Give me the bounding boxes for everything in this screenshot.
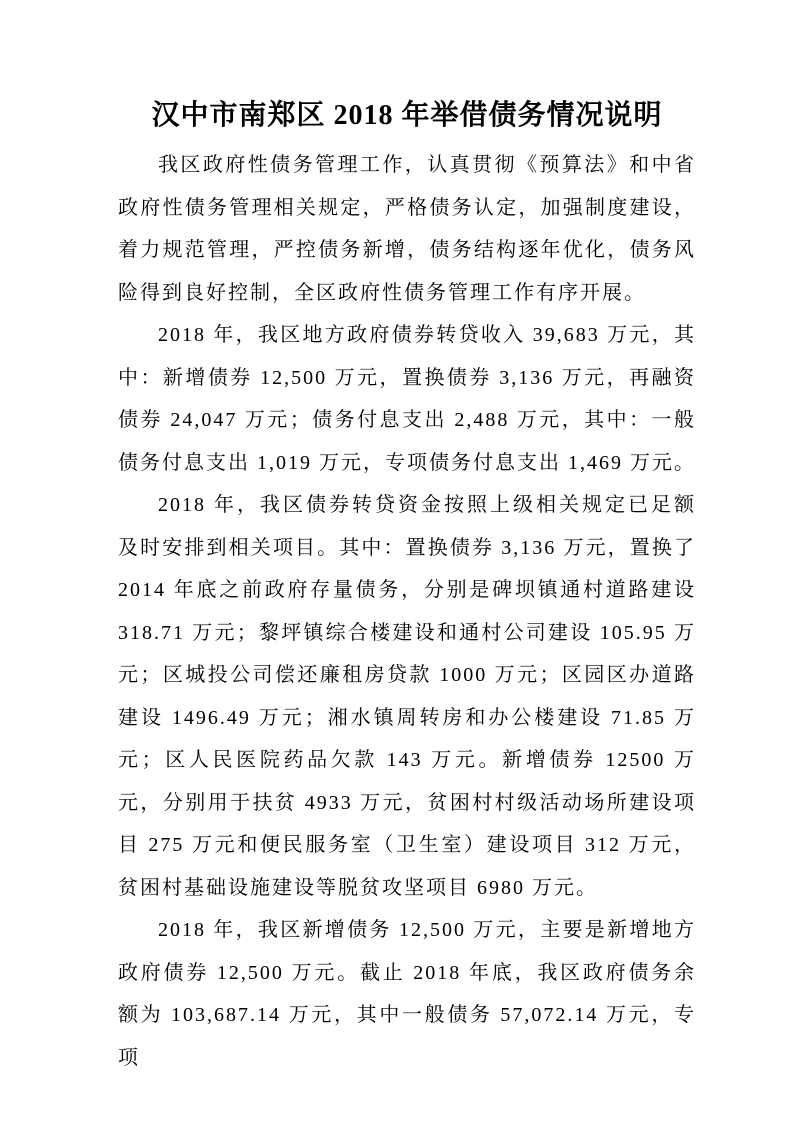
document-page: 汉中市南郑区 2018 年举借债务情况说明 我区政府性债务管理工作，认真贯彻《预… xyxy=(0,0,793,1122)
paragraph-fund-allocation: 2018 年，我区债券转贷资金按照上级相关规定已足额及时安排到相关项目。其中：置… xyxy=(118,484,696,909)
paragraph-debt-balance: 2018 年，我区新增债务 12,500 万元，主要是新增地方政府债券 12,5… xyxy=(118,909,696,1079)
paragraph-intro: 我区政府性债务管理工作，认真贯彻《预算法》和中省政府性债务管理相关规定，严格债务… xyxy=(118,144,696,314)
document-body: 我区政府性债务管理工作，认真贯彻《预算法》和中省政府性债务管理相关规定，严格债务… xyxy=(118,144,696,1079)
document-title: 汉中市南郑区 2018 年举借债务情况说明 xyxy=(118,94,696,138)
paragraph-bond-income: 2018 年，我区地方政府债券转贷收入 39,683 万元，其中：新增债券 12… xyxy=(118,314,696,484)
